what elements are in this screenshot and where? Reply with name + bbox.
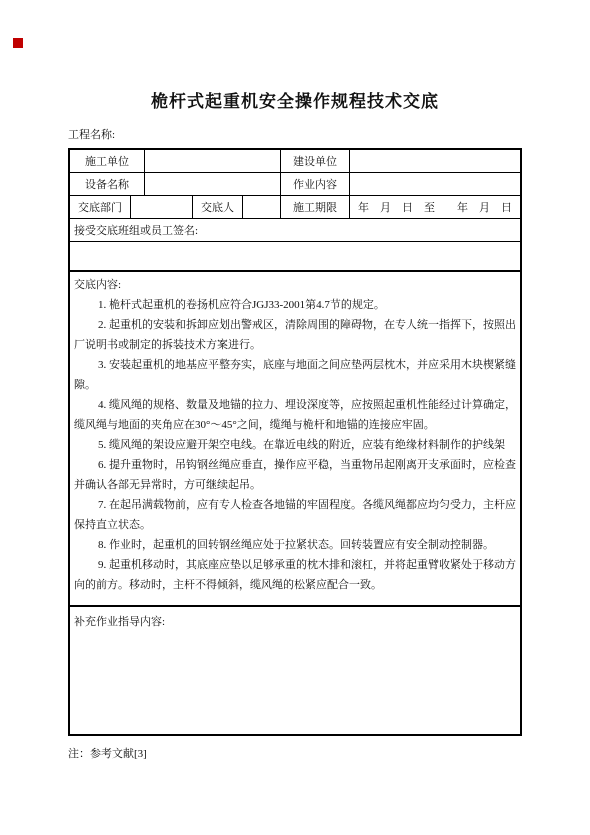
content-item: 6. 提升重物时，吊钩钢丝绳应垂直，操作应平稳，当重物吊起刚离开支承面时，应检查… <box>74 455 516 495</box>
content-item: 3. 安装起重机的地基应平整夯实，底座与地面之间应垫两层枕木，并应采用木块楔紧缝… <box>74 355 516 395</box>
equipment-name-label: 设备名称 <box>70 173 144 195</box>
disclosure-content-label: 交底内容: <box>74 275 516 295</box>
construction-unit-label: 施工单位 <box>70 150 144 172</box>
content-item: 1. 桅杆式起重机的卷扬机应符合JGJ33-2001第4.7节的规定。 <box>74 295 516 315</box>
table-row-equipment: 设备名称 作业内容 <box>70 172 520 195</box>
table-row-signature-blank <box>70 241 520 270</box>
red-square-marker-icon <box>13 38 23 48</box>
discloser-field <box>242 196 280 218</box>
table-row-construction: 施工单位 建设单位 <box>70 150 520 172</box>
build-unit-field <box>349 150 520 172</box>
supplement-label: 补充作业指导内容: <box>74 613 516 629</box>
signature-label: 接受交底班组或员工签名: <box>70 219 520 241</box>
work-content-field <box>349 173 520 195</box>
disclosure-form-table: 施工单位 建设单位 设备名称 作业内容 交底部门 交底人 施工期限 年 月 日 … <box>68 148 522 736</box>
project-name-label: 工程名称: <box>68 126 590 142</box>
construction-period-dates: 年 月 日 至 年 月 日 <box>349 196 520 218</box>
table-row-signature-label: 接受交底班组或员工签名: <box>70 218 520 241</box>
build-unit-label: 建设单位 <box>280 150 349 172</box>
content-item: 7. 在起吊满载物前，应有专人检查各地锚的牢固程度。各缆风绳都应均匀受力，主杆应… <box>74 495 516 535</box>
work-content-label: 作业内容 <box>280 173 349 195</box>
content-item: 4. 缆风绳的规格、数量及地锚的拉力、埋设深度等，应按照起重机性能经过计算确定，… <box>74 395 516 435</box>
content-item: 8. 作业时，起重机的回转钢丝绳应处于拉紧状态。回转装置应有安全制动控制器。 <box>74 535 516 555</box>
content-item: 9. 起重机移动时，其底座应垫以足够承重的枕木排和滚杠，并将起重臂收紧处于移动方… <box>74 555 516 595</box>
signature-field <box>70 242 520 270</box>
page-title: 桅杆式起重机安全操作规程技术交底 <box>0 0 590 112</box>
construction-period-label: 施工期限 <box>280 196 349 218</box>
table-row-disclosure: 交底部门 交底人 施工期限 年 月 日 至 年 月 日 <box>70 195 520 218</box>
disclosure-dept-label: 交底部门 <box>70 196 130 218</box>
content-item: 5. 缆风绳的架设应避开架空电线。在靠近电线的附近，应装有绝缘材料制作的护线架 <box>74 435 516 455</box>
equipment-name-field <box>144 173 280 195</box>
disclosure-dept-field <box>130 196 192 218</box>
discloser-label: 交底人 <box>192 196 242 218</box>
table-row-supplement: 补充作业指导内容: <box>70 605 520 734</box>
disclosure-content-items: 1. 桅杆式起重机的卷扬机应符合JGJ33-2001第4.7节的规定。2. 起重… <box>74 295 516 595</box>
content-item: 2. 起重机的安装和拆卸应划出警戒区，清除周围的障碍物，在专人统一指挥下，按照出… <box>74 315 516 355</box>
reference-note: 注：参考文献[3] <box>68 745 590 761</box>
construction-unit-field <box>144 150 280 172</box>
table-row-disclosure-content: 交底内容: 1. 桅杆式起重机的卷扬机应符合JGJ33-2001第4.7节的规定… <box>70 270 520 605</box>
